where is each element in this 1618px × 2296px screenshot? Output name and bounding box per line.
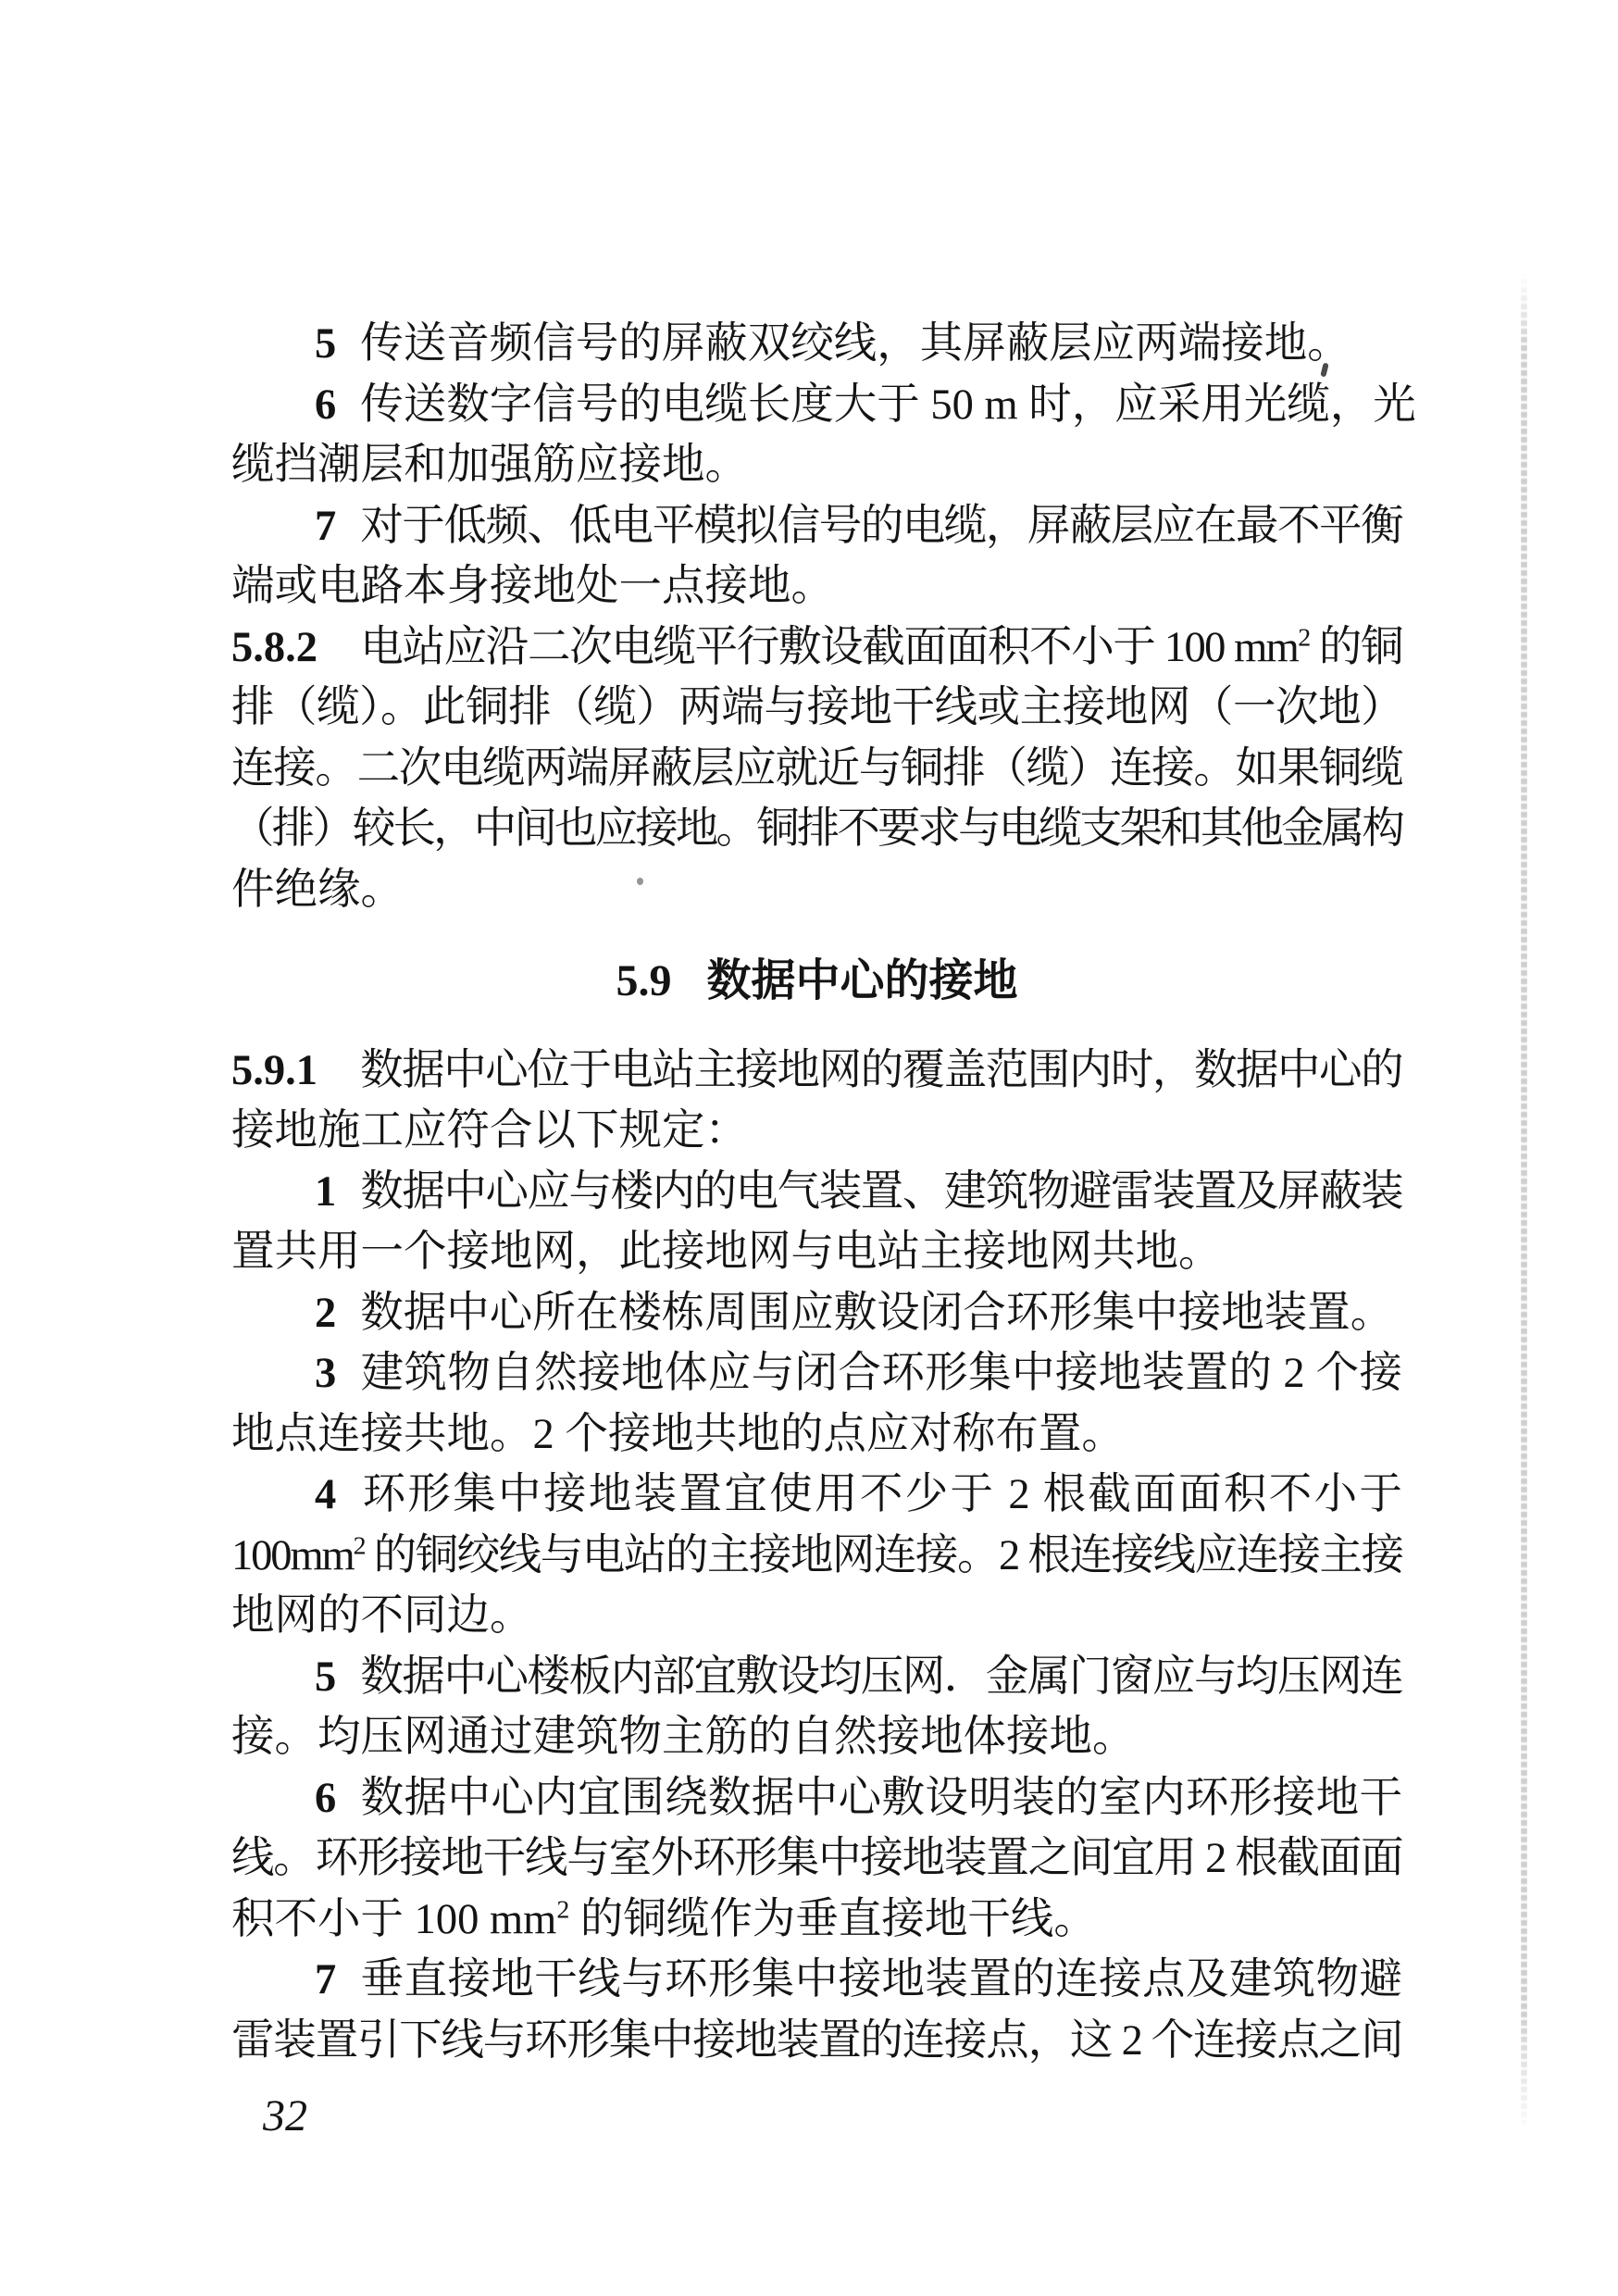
text-line: 6传送数字信号的电缆长度大于 50 m 时，应采用光缆，光 (231, 375, 1402, 436)
section-heading-title: 数据中心的接地 (706, 956, 1017, 1005)
text-line: 排（缆）。此铜排（缆）两端与接地干线或主接地网（一次地） (231, 678, 1402, 739)
line-text: 100mm2 的铜绞线与电站的主接地网连接。2 根连接线应连接主接 (231, 1532, 1402, 1579)
text-line: 地网的不同边。 (231, 1586, 1402, 1647)
line-text: 置共用一个接地网，此接地网与电站主接地网共地。 (231, 1229, 1222, 1276)
line-text: 传送数字信号的电缆长度大于 50 m 时，应采用光缆，光 (360, 381, 1416, 429)
line-text: 数据中心内宜围绕数据中心敷设明装的室内环形接地干 (360, 1775, 1402, 1822)
item-number: 4 (315, 1471, 336, 1518)
text-line: （排）较长，中间也应接地。铜排不要求与电缆支架和其他金属构 (231, 799, 1402, 860)
text-line: 5传送音频信号的屏蔽双绞线，其屏蔽层应两端接地。 (231, 314, 1402, 375)
item-number: 6 (315, 1775, 336, 1822)
line-text: 数据中心位于电站主接地网的覆盖范围内时，数据中心的 (360, 1047, 1402, 1094)
section-heading-number: 5.9 (616, 956, 671, 1005)
clause-number: 5.9.1 (231, 1047, 317, 1094)
text-line: 积不小于 100 mm2 的铜缆作为垂直接地干线。 (231, 1890, 1402, 1951)
text-line: 2数据中心所在楼栋周围应敷设闭合环形集中接地装置。 (231, 1283, 1402, 1344)
text-line: 地点连接共地。2 个接地共地的点应对称布置。 (231, 1404, 1402, 1466)
line-text: 环形集中接地装置宜使用不少于 2 根截面面积不小于 (360, 1471, 1402, 1518)
text-line: 7垂直接地干线与环形集中接地装置的连接点及建筑物避 (231, 1950, 1402, 2011)
text-line: 雷装置引下线与环形集中接地装置的连接点，这 2 个连接点之间 (231, 2011, 1402, 2072)
text-line: 3建筑物自然接地体应与闭合环形集中接地装置的 2 个接 (231, 1343, 1402, 1404)
line-text: 排（缆）。此铜排（缆）两端与接地干线或主接地网（一次地） (231, 684, 1402, 731)
line-text: 建筑物自然接地体应与闭合环形集中接地装置的 2 个接 (360, 1350, 1402, 1397)
text-line: 缆挡潮层和加强筋应接地。 (231, 435, 1402, 496)
scan-speck (637, 878, 643, 885)
item-number: 7 (315, 503, 336, 550)
item-number: 5 (315, 1653, 336, 1701)
line-text: 数据中心所在楼栋周围应敷设闭合环形集中接地装置。 (360, 1290, 1393, 1337)
text-line: 端或电路本身接地处一点接地。 (231, 556, 1402, 618)
text-line: 6数据中心内宜围绕数据中心敷设明装的室内环形接地干 (231, 1768, 1402, 1829)
page-number: 32 (263, 2094, 307, 2139)
text-line: 置共用一个接地网，此接地网与电站主接地网共地。 (231, 1222, 1402, 1283)
item-number: 2 (315, 1290, 336, 1337)
text-line: 100mm2 的铜绞线与电站的主接地网连接。2 根连接线应连接主接 (231, 1526, 1402, 1587)
document-page: 5传送音频信号的屏蔽双绞线，其屏蔽层应两端接地。 6传送数字信号的电缆长度大于 … (0, 0, 1618, 2296)
line-text: 接地施工应符合以下规定： (231, 1107, 748, 1154)
scan-artifact-line (1521, 273, 1527, 2134)
text-line: 连接。二次电缆两端屏蔽层应就近与铜排（缆）连接。如果铜缆 (231, 739, 1402, 800)
line-text: 雷装置引下线与环形集中接地装置的连接点，这 2 个连接点之间 (231, 2017, 1402, 2065)
line-text: 电站应沿二次电缆平行敷设截面面积不小于 100 mm2 的铜 (360, 624, 1402, 671)
line-text: 传送音频信号的屏蔽双绞线，其屏蔽层应两端接地。 (360, 320, 1350, 368)
text-line: 5数据中心楼板内部宜敷设均压网．金属门窗应与均压网连 (231, 1647, 1402, 1708)
text-line: 4环形集中接地装置宜使用不少于 2 根截面面积不小于 (231, 1465, 1402, 1526)
line-text: 缆挡潮层和加强筋应接地。 (231, 442, 748, 489)
item-number: 5 (315, 320, 336, 368)
line-text: 数据中心楼板内部宜敷设均压网．金属门窗应与均压网连 (360, 1653, 1402, 1701)
item-number: 1 (315, 1168, 336, 1216)
line-text: 件绝缘。 (231, 867, 404, 914)
line-text: 数据中心应与楼内的电气装置、建筑物避雷装置及屏蔽装 (360, 1168, 1402, 1216)
text-line: 线。环形接地干线与室外环形集中接地装置之间宜用 2 根截面面 (231, 1828, 1402, 1890)
text-line: 5.8.2电站应沿二次电缆平行敷设截面面积不小于 100 mm2 的铜 (231, 618, 1402, 679)
line-text: 线。环形接地干线与室外环形集中接地装置之间宜用 2 根截面面 (231, 1835, 1402, 1882)
line-text: 地点连接共地。2 个接地共地的点应对称布置。 (231, 1411, 1125, 1458)
line-text: 垂直接地干线与环形集中接地装置的连接点及建筑物避 (360, 1956, 1402, 2003)
text-line: 接。均压网通过建筑物主筋的自然接地体接地。 (231, 1707, 1402, 1768)
text-line: 件绝缘。 (231, 860, 1402, 921)
line-text: 积不小于 100 mm2 的铜缆作为垂直接地干线。 (231, 1896, 1097, 1943)
line-text: 地网的不同边。 (231, 1592, 533, 1640)
line-text: 端或电路本身接地处一点接地。 (231, 563, 834, 610)
line-text: 接。均压网通过建筑物主筋的自然接地体接地。 (231, 1714, 1136, 1761)
text-line: 接地施工应符合以下规定： (231, 1101, 1402, 1162)
item-number: 6 (315, 381, 336, 429)
section-heading: 5.9数据中心的接地 (231, 951, 1402, 1012)
text-line: 7对于低频、低电平模拟信号的电缆，屏蔽层应在最不平衡 (231, 496, 1402, 557)
item-number: 7 (315, 1956, 336, 2003)
page-body-text: 5传送音频信号的屏蔽双绞线，其屏蔽层应两端接地。 6传送数字信号的电缆长度大于 … (231, 314, 1402, 2071)
item-number: 3 (315, 1350, 336, 1397)
line-text: 连接。二次电缆两端屏蔽层应就近与铜排（缆）连接。如果铜缆 (231, 745, 1402, 792)
clause-number: 5.8.2 (231, 624, 317, 671)
line-text: （排）较长，中间也应接地。铜排不要求与电缆支架和其他金属构 (231, 805, 1402, 853)
text-line: 5.9.1数据中心位于电站主接地网的覆盖范围内时，数据中心的 (231, 1041, 1402, 1102)
text-line: 1数据中心应与楼内的电气装置、建筑物避雷装置及屏蔽装 (231, 1162, 1402, 1223)
line-text: 对于低频、低电平模拟信号的电缆，屏蔽层应在最不平衡 (360, 503, 1402, 550)
